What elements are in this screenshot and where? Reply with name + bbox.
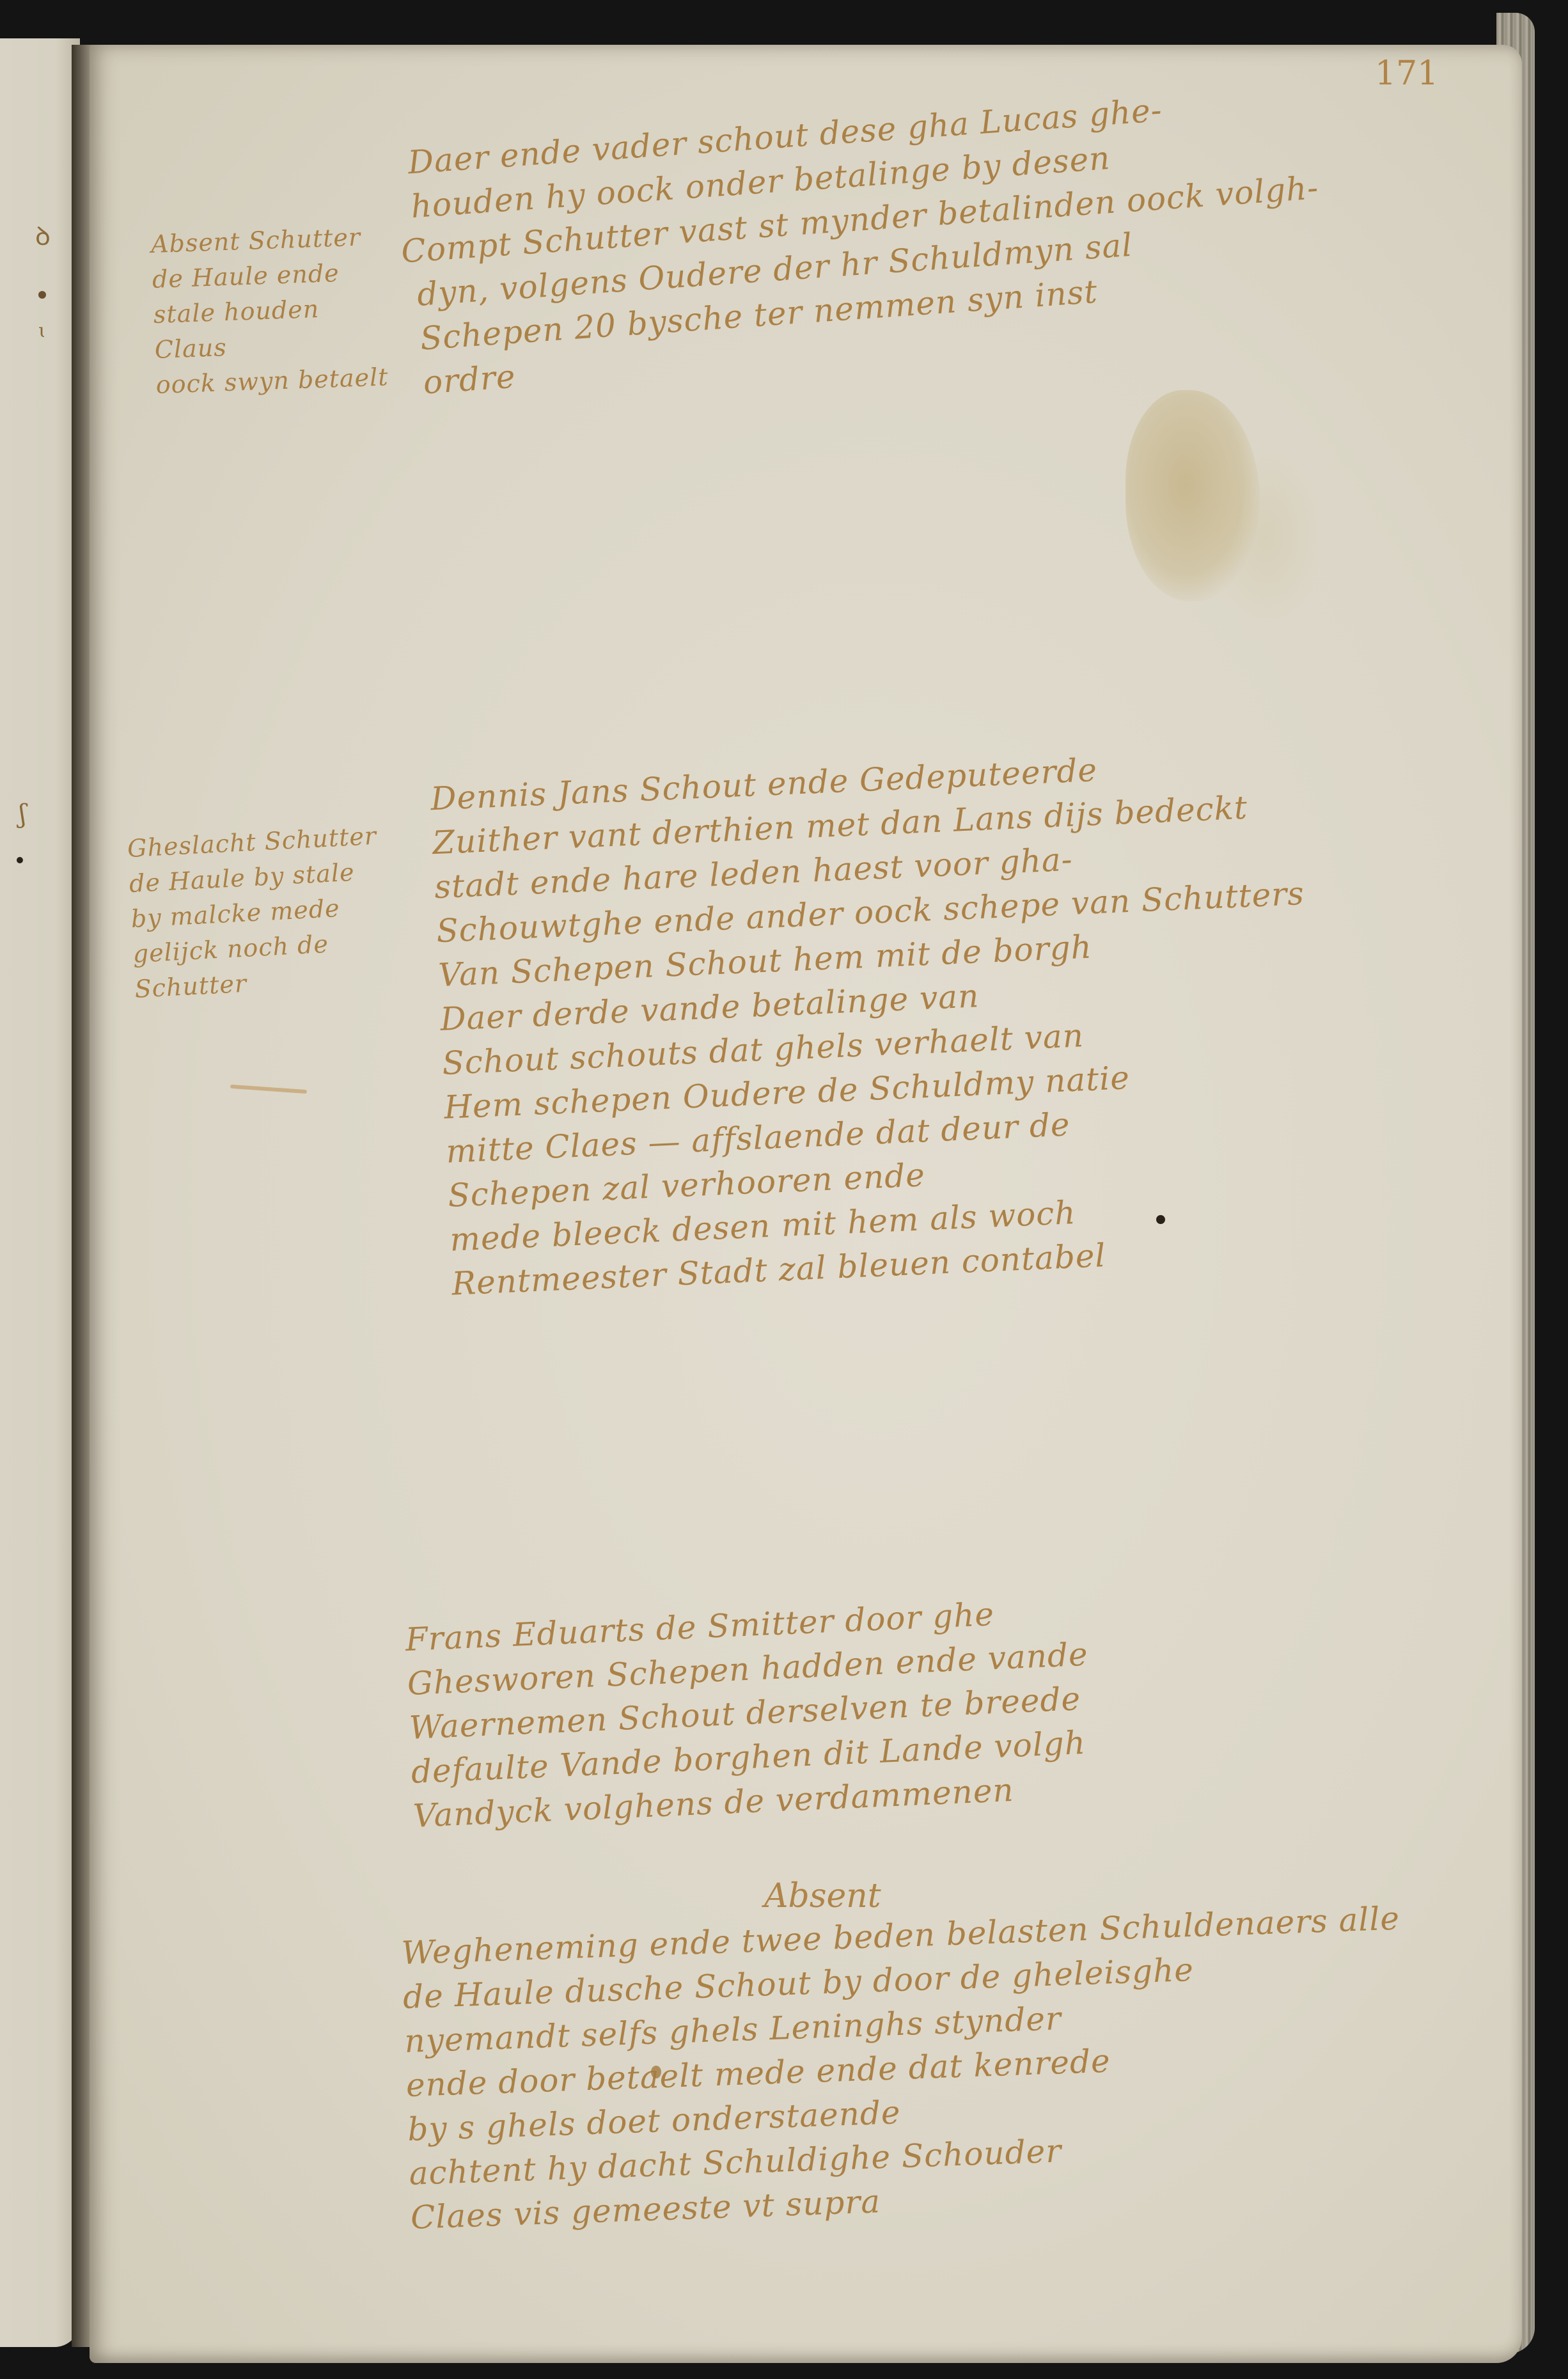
entry-3-body: Frans Eduarts de Smitter door ghe Gheswo… (404, 1589, 1095, 1839)
left-margin-mark: ɩ (38, 320, 46, 342)
entry-3-continuation: Wegheneming ende twee beden belasten Sch… (401, 1897, 1410, 2240)
left-margin-dot (17, 857, 23, 863)
water-stain-faint (1209, 448, 1324, 627)
entry-2-margin-note: Gheslacht Schutter de Haule by stale by … (127, 819, 385, 1007)
left-margin-mark: ʃ (19, 799, 26, 829)
left-page-edge: ꝺ ɩ ʃ (0, 38, 80, 2347)
ink-blot (1156, 1215, 1165, 1224)
ink-blot (651, 2066, 661, 2078)
entry-2-body: Dennis Jans Schout ende Gedeputeerde Zui… (430, 739, 1321, 1306)
entry-1-margin-note: Absent Schutter de Haule ende stale houd… (150, 219, 389, 403)
entry-3-heading: Absent (764, 1877, 881, 1915)
folio-number: 171 (1375, 54, 1438, 93)
left-margin-mark: ꝺ (35, 217, 51, 253)
left-margin-dot (38, 291, 46, 299)
